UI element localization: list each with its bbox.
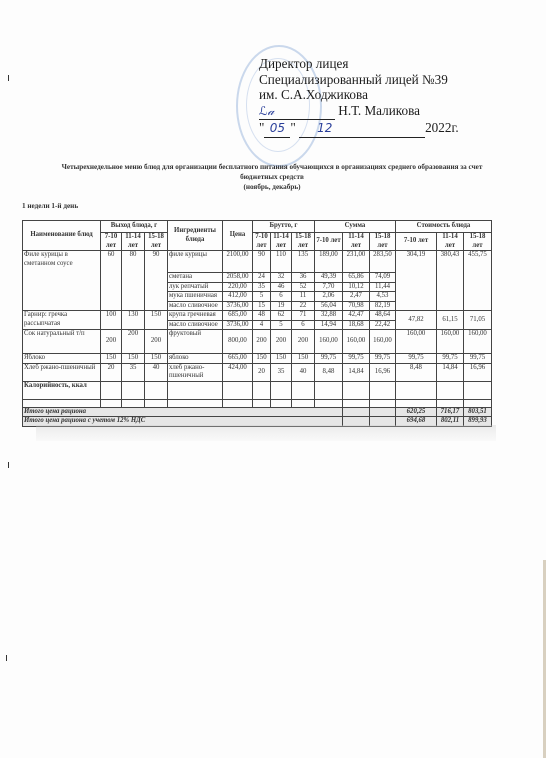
ingredient-gross: 150 [292, 354, 315, 364]
ingredient-sum: 82,19 [370, 301, 396, 311]
ingredient-gross: 40 [292, 363, 315, 381]
ingredient-sum: 49,39 [315, 273, 343, 283]
empty-cell [122, 399, 145, 407]
ingredient-sum: 16,96 [370, 363, 396, 381]
total-label: Итого цена рациона [23, 407, 343, 417]
empty-cell [437, 399, 464, 407]
empty-cell [343, 407, 370, 417]
ingredient-gross: 36 [292, 273, 315, 283]
header-sum-age-1: 11-14 лет [343, 233, 370, 251]
dish-cost: 160,00 [396, 330, 437, 354]
ingredient-gross: 5 [271, 320, 292, 330]
ingredient-sum: 4,53 [370, 292, 396, 302]
dish-cost: 99,75 [437, 354, 464, 364]
empty-cell [168, 399, 223, 407]
ingredient-gross: 19 [271, 301, 292, 311]
empty-cell [253, 399, 271, 407]
dish-name: Гарнир: гречка рассыпчатая [23, 311, 101, 330]
dish-yield: 80 [122, 251, 145, 311]
ingredient-sum: 22,42 [370, 320, 396, 330]
ingredient-sum: 7,70 [315, 282, 343, 292]
ingredient-name: филе курицы [168, 251, 223, 273]
header-cost-age-2: 15-18 лет [464, 233, 492, 251]
empty-cell [370, 407, 396, 417]
ingredient-gross: 71 [292, 311, 315, 321]
ingredient-price: 665,00 [223, 354, 253, 364]
table-row: Филе курицы в сметанном соусе608090филе … [23, 251, 492, 273]
empty-cell [292, 381, 315, 399]
ingredient-name: масло сливочное [168, 301, 223, 311]
dish-yield: 130 [122, 311, 145, 330]
table-row: Сок натуральный т/п200200200фруктовый800… [23, 330, 492, 354]
ingredient-sum: 160,00 [343, 330, 370, 354]
ingredient-name: сметана [168, 273, 223, 283]
ingredient-gross: 150 [253, 354, 271, 364]
ingredient-sum: 2,47 [343, 292, 370, 302]
header-sum: Сумма [315, 221, 396, 233]
ingredient-gross: 200 [253, 330, 271, 354]
dish-cost: 160,00 [464, 330, 492, 354]
ingredient-gross: 200 [271, 330, 292, 354]
dish-yield: 35 [122, 363, 145, 381]
signature-field: ℒ𝒶 [259, 103, 335, 121]
ingredient-gross: 62 [271, 311, 292, 321]
dish-yield: 150 [145, 311, 168, 330]
ingredient-sum: 56,04 [315, 301, 343, 311]
dish-yield: 150 [101, 354, 122, 364]
ingredient-gross: 150 [271, 354, 292, 364]
ingredient-sum: 2,06 [315, 292, 343, 302]
punch-mark [8, 75, 9, 81]
empty-cell [464, 399, 492, 407]
ingredient-sum: 18,68 [343, 320, 370, 330]
ingredient-sum: 189,00 [315, 251, 343, 273]
dish-yield: 40 [145, 363, 168, 381]
header-cost-age-0: 7-10 лет [396, 233, 437, 251]
ingredient-sum: 14,84 [343, 363, 370, 381]
approval-block: Директор лицея Специализированный лицей … [259, 56, 459, 138]
empty-cell [271, 399, 292, 407]
dish-name: Хлеб ржано-пшеничный [23, 363, 101, 381]
ingredient-sum: 231,00 [343, 251, 370, 273]
empty-cell [122, 381, 145, 399]
ingredient-price: 685,00 [223, 311, 253, 321]
ingredient-gross: 90 [253, 251, 271, 273]
approval-title: Директор лицея [259, 56, 459, 72]
empty-cell [168, 381, 223, 399]
ingredient-gross: 11 [292, 292, 315, 302]
table-row: Хлеб ржано-пшеничный203540хлеб ржано-пше… [23, 363, 492, 381]
approval-school: Специализированный лицей №39 [259, 72, 459, 88]
approval-signature-line: ℒ𝒶 Н.Т. Маликова [259, 103, 459, 121]
ingredient-sum: 74,09 [370, 273, 396, 283]
header-yield-age-1: 11-14 лет [122, 233, 145, 251]
empty-cell [145, 399, 168, 407]
ingredient-gross: 5 [253, 292, 271, 302]
ingredient-gross: 52 [292, 282, 315, 292]
table-row: Яблоко150150150яблоко665,0015015015099,7… [23, 354, 492, 364]
header-yield: Выход блюда, г [101, 221, 168, 233]
empty-cell [396, 381, 437, 399]
ingredient-name: хлеб ржано-пшеничный [168, 363, 223, 381]
dish-name: Филе курицы в сметанном соусе [23, 251, 101, 311]
ingredient-price: 3736,00 [223, 320, 253, 330]
empty-row [23, 399, 492, 407]
menu-table: Наименование блюд Выход блюда, г Ингреди… [22, 220, 492, 427]
header-cost-age-1: 11-14 лет [437, 233, 464, 251]
empty-cell [223, 399, 253, 407]
header-yield-age-2: 15-18 лет [145, 233, 168, 251]
ingredient-sum: 48,64 [370, 311, 396, 321]
punch-mark [8, 462, 9, 468]
header-price: Цена [223, 221, 253, 251]
ingredient-sum: 283,50 [370, 251, 396, 273]
ingredient-price: 800,00 [223, 330, 253, 354]
handwritten-signature: ℒ𝒶 [259, 104, 274, 118]
header-cost: Стоимость блюда [396, 221, 492, 233]
calorie-row: Калорийность, ккал [23, 381, 492, 399]
dish-cost: 47,82 [396, 311, 437, 330]
empty-cell [370, 399, 396, 407]
ingredient-sum: 160,00 [315, 330, 343, 354]
ingredient-gross: 15 [253, 301, 271, 311]
signer-name: Н.Т. Маликова [338, 103, 420, 118]
ingredient-gross: 22 [292, 301, 315, 311]
total-row: Итого цена рациона620,25716,17803,51 [23, 407, 492, 417]
dish-name: Яблоко [23, 354, 101, 364]
date-month: 12 [317, 121, 332, 135]
ingredient-sum: 42,47 [343, 311, 370, 321]
dish-yield: 200 [101, 330, 122, 354]
dish-yield: 100 [101, 311, 122, 330]
dish-yield: 150 [145, 354, 168, 364]
ingredient-name: крупа гречневая [168, 311, 223, 321]
ingredient-sum: 99,75 [343, 354, 370, 364]
ingredient-gross: 46 [271, 282, 292, 292]
ingredient-gross: 110 [271, 251, 292, 273]
header-gross-age-0: 7-10 лет [253, 233, 271, 251]
date-day: 05 [270, 121, 285, 135]
ingredient-sum: 65,86 [343, 273, 370, 283]
header-sum-age-2: 15-18 лет [370, 233, 396, 251]
ingredient-gross: 35 [271, 363, 292, 381]
ingredient-sum: 14,94 [315, 320, 343, 330]
empty-cell [396, 399, 437, 407]
approval-date: "05" 122022г. [259, 120, 459, 138]
ingredient-sum: 70,98 [343, 301, 370, 311]
ingredient-gross: 20 [253, 363, 271, 381]
header-ingredients: Ингредиенты блюда [168, 221, 223, 251]
week-day-label: 1 недели 1-й день [22, 202, 78, 210]
empty-cell [315, 381, 343, 399]
dish-cost: 14,84 [437, 363, 464, 381]
ingredient-gross: 6 [292, 320, 315, 330]
ingredient-gross: 35 [253, 282, 271, 292]
dish-name: Сок натуральный т/п [23, 330, 101, 354]
empty-cell [343, 381, 370, 399]
ingredient-price: 3736,00 [223, 301, 253, 311]
empty-cell [101, 399, 122, 407]
empty-cell [23, 399, 101, 407]
empty-cell [343, 399, 370, 407]
ingredient-gross: 135 [292, 251, 315, 273]
ingredient-name: масло сливочное [168, 320, 223, 330]
dish-yield: 150 [122, 354, 145, 364]
empty-cell [464, 381, 492, 399]
ingredient-price: 2100,00 [223, 251, 253, 273]
dish-cost: 71,05 [464, 311, 492, 330]
date-year: 2022г. [425, 120, 459, 135]
dish-cost: 304,19 [396, 251, 437, 311]
ingredient-sum: 99,75 [370, 354, 396, 364]
ingredient-price: 412,00 [223, 292, 253, 302]
empty-cell [437, 381, 464, 399]
approval-school-name: им. С.А.Ходжикова [259, 87, 459, 103]
header-gross-age-1: 11-14 лет [271, 233, 292, 251]
dish-yield: 200 [122, 330, 145, 354]
ingredient-price: 220,00 [223, 282, 253, 292]
dish-cost: 8,48 [396, 363, 437, 381]
total-value: 803,51 [464, 407, 492, 417]
ingredient-name: лук репчатый [168, 282, 223, 292]
ingredient-price: 2058,00 [223, 273, 253, 283]
total-value: 620,25 [396, 407, 437, 417]
header-yield-age-0: 7-10 лет [101, 233, 122, 251]
empty-cell [145, 381, 168, 399]
scan-shadow [36, 425, 496, 441]
dish-yield: 90 [145, 251, 168, 311]
dish-cost: 455,75 [464, 251, 492, 311]
empty-cell [315, 399, 343, 407]
ingredient-name: фруктовый [168, 330, 223, 354]
empty-cell [253, 381, 271, 399]
dish-cost: 99,75 [464, 354, 492, 364]
dish-cost: 16,96 [464, 363, 492, 381]
ingredient-gross: 200 [292, 330, 315, 354]
ingredient-gross: 32 [271, 273, 292, 283]
dish-yield: 20 [101, 363, 122, 381]
ingredient-gross: 48 [253, 311, 271, 321]
ingredient-sum: 10,12 [343, 282, 370, 292]
punch-mark [6, 655, 7, 661]
dish-cost: 99,75 [396, 354, 437, 364]
document-title: Четырехнедельное меню блюд для организац… [22, 162, 522, 192]
ingredient-gross: 24 [253, 273, 271, 283]
dish-cost: 380,43 [437, 251, 464, 311]
empty-cell [292, 399, 315, 407]
ingredient-sum: 8,48 [315, 363, 343, 381]
ingredient-name: яблоко [168, 354, 223, 364]
ingredient-sum: 99,75 [315, 354, 343, 364]
total-value: 716,17 [437, 407, 464, 417]
ingredient-gross: 4 [253, 320, 271, 330]
empty-cell [223, 381, 253, 399]
dish-cost: 160,00 [437, 330, 464, 354]
ingredient-name: мука пшеничная [168, 292, 223, 302]
ingredient-sum: 160,00 [370, 330, 396, 354]
table-row: Гарнир: гречка рассыпчатая100130150крупа… [23, 311, 492, 321]
empty-cell [370, 381, 396, 399]
header-dish-name: Наименование блюд [23, 221, 101, 251]
dish-cost: 61,15 [437, 311, 464, 330]
ingredient-price: 424,00 [223, 363, 253, 381]
header-sum-age-0: 7-10 лет [315, 233, 343, 251]
ingredient-sum: 11,44 [370, 282, 396, 292]
ingredient-sum: 32,88 [315, 311, 343, 321]
dish-yield: 60 [101, 251, 122, 311]
empty-cell [101, 381, 122, 399]
calorie-label: Калорийность, ккал [23, 381, 101, 399]
dish-yield: 200 [145, 330, 168, 354]
ingredient-gross: 6 [271, 292, 292, 302]
header-gross-age-2: 15-18 лет [292, 233, 315, 251]
empty-cell [271, 381, 292, 399]
header-gross: Брутто, г [253, 221, 315, 233]
